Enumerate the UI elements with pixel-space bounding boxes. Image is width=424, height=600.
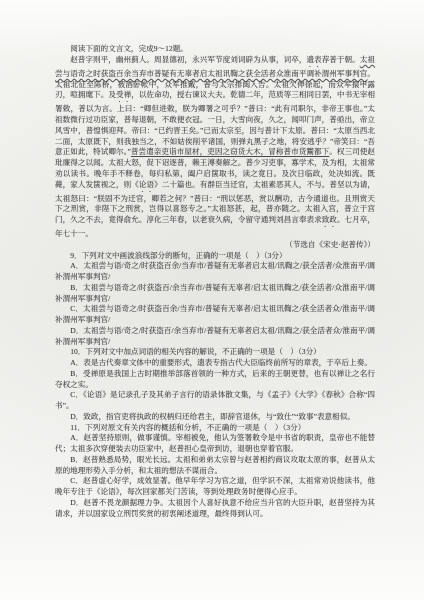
question-option: D．致政，指官吏将执政的权柄归还给君主，即辞官退休，与“致仕”“致事”表意相似。: [55, 412, 375, 423]
question-stem: 10．下列对文中加点词语的相关内容的解说，不正确的一项是（ ）（3分）: [55, 347, 375, 358]
passage-source: （节选自《宋史·赵普传》）: [55, 240, 375, 251]
option-label: D．: [70, 326, 83, 335]
option-label: B．: [70, 369, 83, 378]
passage-segment-normal: 荐普于朝。: [322, 55, 360, 64]
question-stem: 9．下列对文中画波浪线部分的断句，正确的一项是（ ）（3分）: [55, 251, 375, 262]
question-option: A．赵普坚持原则，做事谨慎。宰相被免，他认为签署敕令是中书省的职责，皇帝也不能替…: [55, 433, 375, 455]
option-label: D．: [70, 498, 83, 507]
question-option: A．太祖尝与语/奇之/时获盗百余/当弃市/普疑有无辜者启太祖/讯鞫之/获全活者/…: [55, 261, 375, 283]
option-label: A．: [70, 358, 83, 367]
passage-segment-normal: 赵普字则平，幽州蓟人。周显德初，永兴军节度刘词辟为从事，词卒，: [70, 55, 306, 64]
exam-page: 阅读下面的文言文，完成9～12题。 赵普字则平，幽州蓟人。周显德初，永兴军节度刘…: [0, 0, 424, 600]
option-label: C．: [70, 476, 83, 485]
question-stem: 11．下列对原文有关内容的概括和分析，不正确的一项是（ ）（3分）: [55, 423, 375, 434]
option-text: 《论语》是记录孔子及其弟子言行的语录体散文集，与《孟子》《大学》《春秋》合称“四…: [55, 390, 375, 410]
question-option: B．受禅原是我国上古时期推举部落首领的一种方式，后来的王朝更替，也有以禅让之名行…: [55, 369, 375, 391]
option-label: B．: [70, 455, 83, 464]
option-label: C．: [70, 304, 83, 313]
question-option: D．赵普不畏龙颜据理力争。太祖因个人喜好执意不给应当升官的大臣升职，赵普坚持为其…: [55, 498, 375, 520]
option-label: D．: [70, 412, 83, 421]
question-option: B．赵普熟悉局势，眼光长远。太祖和弟弟太宗曾与赵普相约商议攻取太原的事，赵普从太…: [55, 455, 375, 477]
question-stem-text: 下列对文中画波浪线部分的断句，正确的一项是（ ）（3分）: [82, 251, 287, 260]
question-option: C．太祖尝与语奇之/时获盗百余/当弃市/普疑有无辜者/启太祖讯鞫之/获全活者众/…: [55, 304, 375, 326]
option-label: A．: [70, 261, 83, 270]
option-text: 赵普熟悉局势，眼光长远。太祖和弟弟太宗曾与赵普相约商议攻取太原的事，赵普从太原的…: [55, 455, 375, 475]
passage-text: 赵普字则平，幽州蓟人。周显德初，永兴军节度刘词辟为从事，词卒，遗表荐普于朝。太祖…: [55, 55, 375, 240]
option-text: 太祖尝与语/奇之/时获盗百余/当弃市/普疑有无辜者启太祖/讯鞫之/获全活者/众淮…: [55, 261, 375, 281]
option-text: 赵普不畏龙颜据理力争。太祖因个人喜好执意不给应当升官的大臣升职，赵普坚持为其请求…: [55, 498, 375, 518]
question-number: 11．: [70, 423, 85, 432]
question-number: 9．: [70, 251, 81, 260]
question-stem-text: 下列对文中加点词语的相关内容的解说，不正确的一项是（ ）（3分）: [85, 347, 320, 356]
option-text: 太祖尝与语奇之/时获盗百余/当弃市/普疑有无辜者/启太祖讯鞫之/获全活者众/淮南…: [55, 304, 375, 324]
option-text: 太祖尝与语/奇之/时获盗百/余当弃市/普疑有无辜者启太祖/讯鞫之/获全活者众/淮…: [55, 326, 375, 346]
option-text: 致政，指官吏将执政的权柄归还给君主，即辞官退休，与“致仕”“致事”表意相似。: [83, 412, 355, 421]
option-label: A．: [70, 433, 83, 442]
option-text: 表是古代奏章文体中的重要形式，遗表专指古代大臣临终前所写的章表，于卒后上奏。: [83, 358, 372, 367]
page-content: 阅读下面的文言文，完成9～12题。 赵普字则平，幽州蓟人。周显德初，永兴军节度刘…: [55, 44, 375, 519]
question-option: A．表是古代奏章文体中的重要形式，遗表专指古代大臣临终前所写的章表，于卒后上奏。: [55, 358, 375, 369]
questions-section: 9．下列对文中画波浪线部分的断句，正确的一项是（ ）（3分）A．太祖尝与语/奇之…: [55, 251, 375, 520]
passage-segment-dot: 论语: [139, 180, 154, 189]
question-number: 10．: [70, 347, 85, 356]
option-label: C．: [70, 390, 83, 399]
passage-segment-dot: 致政: [322, 215, 337, 224]
option-text: 受禅原是我国上古时期推举部落首领的一种方式，后来的王朝更替，也有以禅让之名行夺权…: [55, 369, 375, 389]
question-stem-text: 下列对原文有关内容的概括和分析，不正确的一项是（ ）（3分）: [85, 423, 305, 432]
passage-segment-dot: 受禅: [116, 90, 131, 99]
question-option: B．太祖尝与语奇之/时获盗百/余当弃市/普疑有无辜者/启太祖讯鞫之/获全活者/众…: [55, 283, 375, 305]
passage-segment-dot: 遗表: [306, 55, 321, 64]
question-option: C．《论语》是记录孔子及其弟子言行的语录体散文集，与《孟子》《大学》《春秋》合称…: [55, 390, 375, 412]
passage-segment-underline: 普尝遣亲吏诣市屋材，吏因之窃货大木，冒称普市货鬻都下: [131, 147, 329, 156]
section-instruction: 阅读下面的文言文，完成9～12题。: [55, 44, 375, 55]
question-option: C．赵普虚心好学，成效显著。他早年学习为官之道，但学识不深，太祖常劝说他读书，他…: [55, 476, 375, 498]
question-option: D．太祖尝与语/奇之/时获盗百/余当弃市/普疑有无辜者启太祖/讯鞫之/获全活者众…: [55, 326, 375, 348]
option-text: 赵普虚心好学，成效显著。他早年学习为官之道，但学识不深，太祖常劝说他读书，他晚年…: [55, 476, 375, 496]
option-text: 太祖尝与语奇之/时获盗百/余当弃市/普疑有无辜者/启太祖讯鞫之/获全活者/众淮南…: [55, 283, 375, 303]
option-text: 赵普坚持原则，做事谨慎。宰相被免，他认为签署敕令是中书省的职责，皇帝也不能替代；…: [55, 433, 375, 453]
option-label: B．: [70, 283, 83, 292]
